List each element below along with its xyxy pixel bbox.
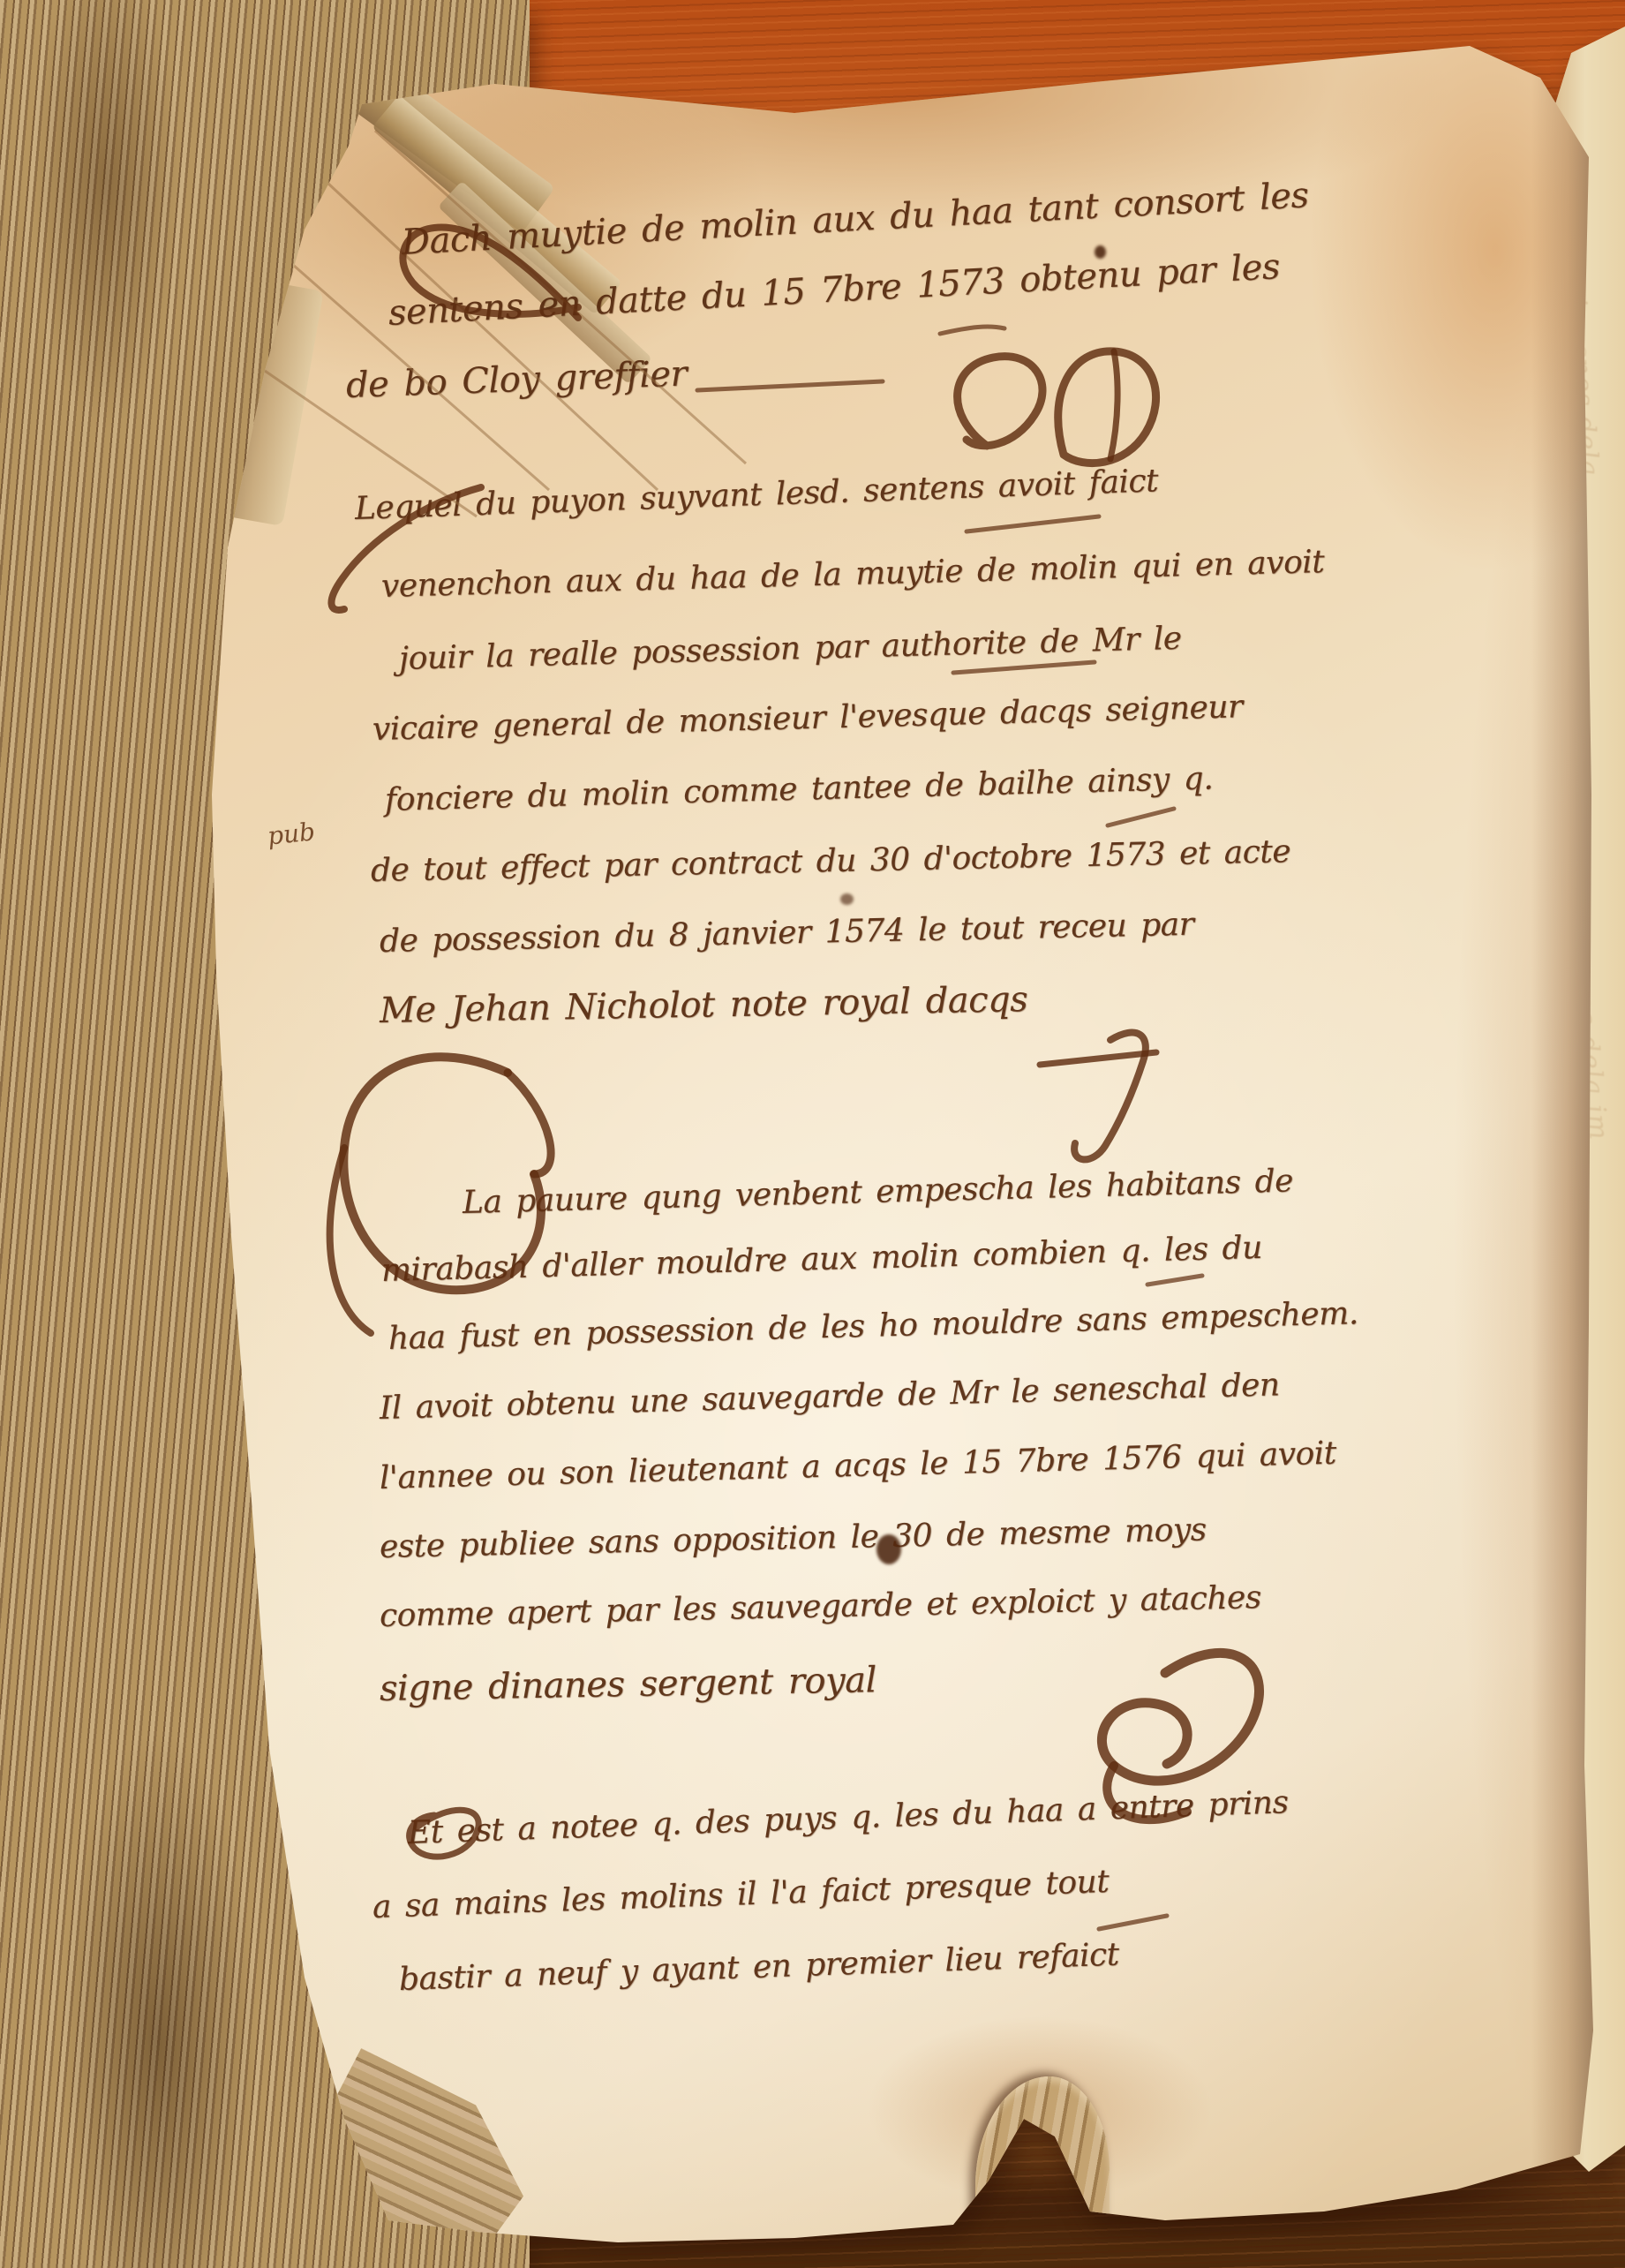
photo-stage: im cnes dela sne dela im cnes amne dele …	[0, 0, 1625, 2268]
handwritten-line: Il avoit obtenu une sauvegarde de Mr le …	[379, 1367, 1280, 1427]
paragraph3-initial-swash-icon	[330, 1148, 371, 1333]
handwritten-line: vicaire general de monsieur l'evesque da…	[372, 689, 1243, 748]
paraph-f-mark-icon	[1074, 1033, 1146, 1160]
margin-note: pub	[266, 817, 316, 850]
handwritten-line: mirabash d'aller mouldre aux molin combi…	[380, 1230, 1262, 1289]
section-ornament-icon	[1058, 351, 1156, 463]
handwritten-line: de possession du 8 janvier 1574 le tout …	[380, 907, 1194, 960]
handwritten-line: bastir a neuf y ayant en premier lieu re…	[398, 1937, 1119, 1998]
handwritten-line: La pauure qung venbent empescha les habi…	[462, 1163, 1293, 1221]
handwritten-line: Lequel du puyon suyvant lesd. sentens av…	[354, 463, 1158, 527]
handwritten-line: fonciere du molin comme tantee de bailhe…	[384, 760, 1213, 818]
handwritten-line: de bo Cloy greffier	[345, 354, 688, 406]
handwritten-line: l'annee ou son lieutenant a acqs le 15 7…	[379, 1435, 1336, 1496]
handwritten-line: comme apert par les sauvegarde et exploi…	[380, 1579, 1262, 1634]
section-ornament-icon	[958, 357, 1042, 446]
torn-bottom-flap	[975, 2076, 1110, 2234]
torn-corner-piece	[372, 95, 622, 315]
manuscript-book: im cnes dela sne dela im cnes amne dele …	[0, 0, 1625, 2268]
handwritten-line: este publiee sans opposition le 30 de me…	[380, 1511, 1207, 1565]
line-end-stroke	[953, 662, 1095, 673]
handwritten-line: a sa mains les molins il l'a faict presq…	[372, 1864, 1110, 1925]
section-ornament-icon	[1110, 351, 1117, 459]
ink-blot	[840, 893, 854, 905]
handwritten-line: jouir la realle possession par authorite…	[398, 621, 1182, 677]
paragraph3-initial-swash-icon	[508, 1073, 551, 1174]
handwritten-line: Me Jehan Nicholot note royal dacqs	[380, 979, 1028, 1031]
line-end-stroke	[1147, 1276, 1202, 1285]
paraph-f-mark-icon	[1040, 1052, 1156, 1065]
closing-paraph-ornament-icon	[1102, 1653, 1259, 1781]
handwritten-line: haa fust en possession de les ho mouldre…	[387, 1295, 1358, 1357]
handwritten-line: signe dinanes sergent royal	[380, 1660, 877, 1709]
line-end-stroke	[697, 381, 883, 390]
line-end-stroke	[1099, 1916, 1167, 1929]
handwritten-line: venenchon aux du haa de la muytie de mol…	[380, 544, 1324, 605]
handwritten-line: Et est a notee q. des puys q. les du haa…	[407, 1784, 1289, 1851]
handwritten-line: de tout effect par contract du 30 d'octo…	[371, 833, 1291, 889]
line-end-stroke	[1108, 809, 1174, 825]
line-end-stroke	[940, 327, 1004, 334]
line-end-stroke	[967, 516, 1099, 531]
